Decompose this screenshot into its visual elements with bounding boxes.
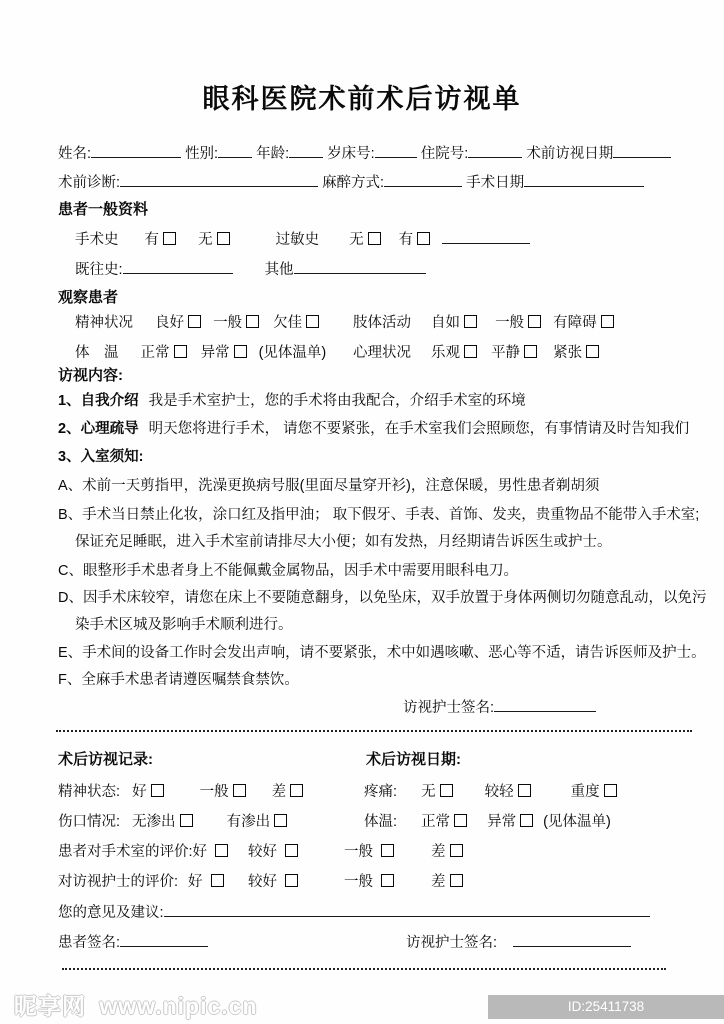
postop-row-suggestion: 您的意见及建议: (58, 903, 650, 923)
postop-record-heading: 术后访视记录: (58, 751, 153, 768)
mental-good-option: 良好 (155, 314, 201, 333)
postop-mental-good-checkbox[interactable] (151, 784, 164, 797)
or-eval-poor-option: 差 (431, 843, 463, 862)
note-f: F、全麻手术患者请遵医嘱禁食禁饮。 (58, 671, 299, 690)
option-label: 紧张 (553, 345, 582, 361)
item2-title: 2、心理疏导 (58, 421, 139, 437)
history-row: 手术史 有 无 过敏史 无 有 (58, 230, 530, 250)
or-eval-better-checkbox[interactable] (285, 844, 298, 857)
option-label: 较好 (248, 844, 277, 860)
pain-severe-option: 重度 (571, 783, 617, 802)
psych-calm-checkbox[interactable] (524, 345, 537, 358)
allergy-no-option: 无 (349, 231, 381, 250)
postop-nurse-signature-blank (513, 933, 631, 947)
observation-row1: 精神状况 良好 一般 欠佳 肢体活动 自如 一般 有障碍 (58, 314, 724, 333)
postop-row-mental: 精神状态: 好 一般 差 疼痛: 无 较轻 重度 (58, 783, 724, 802)
surgery-date-blank (524, 173, 644, 187)
section-general-info-heading: 患者一般资料 (58, 200, 148, 219)
option-label: 一般 (200, 784, 229, 800)
postop-record-heading-row: 术后访视记录: 术后访视日期: (58, 750, 724, 769)
limb-activity-label: 肢体活动 (353, 315, 411, 331)
postop-mental-poor-option: 差 (272, 783, 304, 802)
option-label: 平静 (491, 345, 520, 361)
nurse-eval-label: 对访视护士的评价: (58, 874, 178, 890)
suggestion-label: 您的意见及建议: (58, 905, 164, 921)
name-blank (91, 144, 181, 158)
allergy-yes-option: 有 (399, 231, 431, 250)
option-label: 无 (198, 232, 213, 248)
postop-row-signatures: 患者签名: 访视护士签名: (58, 933, 724, 953)
limb-fair-checkbox[interactable] (528, 315, 541, 328)
admission-blank (468, 144, 522, 158)
gender-blank (218, 144, 252, 158)
nurse-eval-fair-checkbox[interactable] (381, 874, 394, 887)
bed-blank (375, 144, 417, 158)
surgery-history-no-option: 无 (198, 231, 230, 250)
item2-text: 明天您将进行手术， 请您不要紧张，在手术室我们会照顾您，有事情请及时告知我们 (149, 421, 690, 437)
limb-impaired-checkbox[interactable] (601, 315, 614, 328)
psych-optimistic-checkbox[interactable] (464, 345, 477, 358)
limb-fair-option: 一般 (495, 314, 541, 333)
option-label: 自如 (431, 315, 460, 331)
option-label: 欠佳 (273, 315, 302, 331)
mental-state-label: 精神状况 (75, 315, 133, 331)
psych-nervous-option: 紧张 (553, 344, 599, 363)
note-e: E、手术间的设备工作时会发出声响，请不要紧张，术中如遇咳嗽、恶心等不适，请告诉医… (58, 644, 706, 663)
surgery-history-label: 手术史 (75, 232, 119, 248)
surgery-history-no-checkbox[interactable] (217, 232, 230, 245)
option-label: 较好 (248, 874, 277, 890)
past-history-label: 既往史: (75, 262, 123, 278)
nurse-eval-poor-checkbox[interactable] (450, 874, 463, 887)
mental-good-checkbox[interactable] (188, 315, 201, 328)
temp-note: (见体温单) (259, 345, 327, 361)
note-a: A、术前一天剪指甲，洗澡更换病号服(里面尽量穿开衫)，注意保暖，男性患者剃胡须 (58, 477, 599, 496)
visit-item-2: 2、心理疏导 明天您将进行手术， 请您不要紧张，在手术室我们会照顾您，有事情请及… (58, 420, 689, 439)
temperature-label: 体 温 (75, 345, 119, 361)
preop-diagnosis-blank (120, 173, 318, 187)
or-eval-poor-checkbox[interactable] (450, 844, 463, 857)
postop-temp-label: 体温: (364, 814, 397, 830)
patient-info-line2: 术前诊断: 麻醉方式: 手术日期 (58, 173, 644, 193)
watermark-site-logo: 昵享网 www.nipic.cn (14, 988, 258, 1021)
patient-info-line1: 姓名: 性别: 年龄: 岁床号: 住院号: 术前访视日期 (58, 144, 671, 164)
past-history-row: 既往史: 其他 (58, 260, 426, 280)
age-blank (289, 144, 323, 158)
other-blank (294, 260, 426, 274)
postop-mental-good-option: 好 (132, 783, 164, 802)
wound-exudate-checkbox[interactable] (274, 814, 287, 827)
limb-impaired-option: 有障碍 (553, 314, 614, 333)
section-visit-content-heading: 访视内容: (58, 366, 123, 385)
option-label: 一般 (344, 874, 373, 890)
surgery-history-yes-option: 有 (145, 231, 177, 250)
option-label: 有障碍 (553, 315, 597, 331)
option-label: 一般 (495, 315, 524, 331)
option-label: 有 (399, 232, 414, 248)
option-label: 较轻 (485, 784, 514, 800)
psych-calm-option: 平静 (491, 344, 537, 363)
preop-visit-date-label: 术前访视日期 (526, 146, 613, 162)
wound-no-exudate-checkbox[interactable] (180, 814, 193, 827)
preop-nurse-signature-label: 访视护士签名: (403, 700, 494, 716)
postop-temp-normal-option: 正常 (421, 813, 467, 832)
pain-label: 疼痛: (364, 784, 397, 800)
visit-item-3: 3、入室须知: (58, 448, 143, 467)
limb-free-checkbox[interactable] (464, 315, 477, 328)
temp-normal-option: 正常 (141, 344, 187, 363)
wound-no-exudate-option: 无渗出 (132, 813, 193, 832)
note-d-line2: 染手术区城及影响手术顺利进行。 (58, 616, 293, 635)
option-label: 乐观 (431, 345, 460, 361)
surgery-date-label: 手术日期 (466, 175, 524, 191)
preop-nurse-signature-line: 访视护士签名: (403, 698, 596, 718)
or-eval-fair-option: 一般 (344, 843, 394, 862)
anesthesia-blank (384, 173, 462, 187)
anesthesia-label: 麻醉方式: (322, 175, 384, 191)
option-label: 好 (132, 784, 147, 800)
option-label: 无渗出 (132, 814, 176, 830)
psych-nervous-checkbox[interactable] (586, 345, 599, 358)
note-b-line1: B、手术当日禁止化妆，涂口红及指甲油； 取下假牙、手表、首饰、发夹，贵重物品不能… (58, 506, 699, 525)
option-label: 无 (421, 784, 436, 800)
option-label: 差 (431, 874, 446, 890)
item1-title: 1、自我介绍 (58, 393, 139, 409)
option-label: 差 (431, 844, 446, 860)
or-eval-good-checkbox[interactable] (215, 844, 228, 857)
psych-state-label: 心理状况 (353, 345, 411, 361)
allergy-yes-checkbox[interactable] (417, 232, 430, 245)
option-label: 好 (193, 844, 208, 860)
postop-temp-abnormal-checkbox[interactable] (520, 814, 533, 827)
temp-abnormal-option: 异常 (201, 344, 247, 363)
note-d-line1: D、因手术床较窄，请您在床上不要随意翻身，以免坠床，双手放置于身体两侧切勿随意乱… (58, 589, 706, 608)
gender-label: 性别: (185, 146, 218, 162)
option-label: 异常 (201, 345, 230, 361)
past-history-blank (123, 260, 233, 274)
nurse-eval-good-option: 好 (188, 873, 224, 892)
allergy-detail-blank (442, 230, 530, 244)
postop-mental-label: 精神状态: (58, 784, 120, 800)
name-label: 姓名: (58, 146, 91, 162)
option-label: 重度 (571, 784, 600, 800)
suggestion-blank (164, 903, 650, 917)
surgery-history-yes-checkbox[interactable] (163, 232, 176, 245)
patient-signature-blank (120, 933, 208, 947)
item1-text: 我是手术室护士，您的手术将由我配合，介绍手术室的环境 (149, 393, 526, 409)
page-title: 眼科医院术前术后访视单 (0, 90, 724, 109)
or-eval-label: 患者对手术室的评价: (58, 844, 193, 860)
pain-mild-checkbox[interactable] (518, 784, 531, 797)
nurse-eval-better-option: 较好 (248, 873, 298, 892)
watermark-id-bar: ID:25411738 NO:20210714190030958106 (488, 995, 724, 1019)
pain-severe-checkbox[interactable] (604, 784, 617, 797)
postop-mental-poor-checkbox[interactable] (290, 784, 303, 797)
option-label: 好 (188, 874, 203, 890)
or-eval-better-option: 较好 (248, 843, 298, 862)
pain-none-option: 无 (421, 783, 453, 802)
observation-row2: 体 温 正常 异常 (见体温单) 心理状况 乐观 平静 紧张 (58, 344, 724, 363)
postop-row-wound: 伤口情况: 无渗出 有渗出 体温: 正常 异常 (见体温单) (58, 813, 724, 832)
psych-optimistic-option: 乐观 (431, 344, 477, 363)
age-label: 年龄: (256, 146, 289, 162)
option-label: 正常 (141, 345, 170, 361)
option-label: 差 (272, 784, 287, 800)
postop-mental-fair-option: 一般 (200, 783, 246, 802)
or-eval-fair-checkbox[interactable] (381, 844, 394, 857)
mental-poor-checkbox[interactable] (306, 315, 319, 328)
psych-state-group: 心理状况 乐观 平静 紧张 (353, 344, 599, 363)
note-c: C、眼整形手术患者身上不能佩戴金属物品，因手术中需要用眼科电刀。 (58, 562, 518, 581)
option-label: 正常 (421, 814, 450, 830)
postop-date-heading: 术后访视日期: (366, 750, 461, 769)
admission-no-label: 住院号: (421, 146, 469, 162)
pain-group: 疼痛: 无 较轻 重度 (364, 783, 617, 802)
temp-abnormal-checkbox[interactable] (234, 345, 247, 358)
limb-activity-group: 肢体活动 自如 一般 有障碍 (353, 314, 614, 333)
section-observation-heading: 观察患者 (58, 288, 118, 307)
postop-nurse-signature-group: 访视护士签名: (406, 933, 631, 953)
preop-diagnosis-label: 术前诊断: (58, 175, 120, 191)
allergy-no-checkbox[interactable] (368, 232, 381, 245)
postop-temp-abnormal-option: 异常 (487, 813, 533, 832)
pain-none-checkbox[interactable] (440, 784, 453, 797)
document-page: 眼科医院术前术后访视单 姓名: 性别: 年龄: 岁床号: 住院号: 术前访视日期… (0, 0, 724, 1024)
nurse-eval-poor-option: 差 (431, 873, 463, 892)
mental-fair-checkbox[interactable] (246, 315, 259, 328)
age-unit-bed-label: 岁床号: (327, 146, 375, 162)
patient-signature-label: 患者签名: (58, 935, 120, 951)
item3-title: 3、入室须知: (58, 449, 143, 465)
wound-exudate-option: 有渗出 (227, 813, 288, 832)
wound-label: 伤口情况: (58, 814, 120, 830)
option-label: 有渗出 (227, 814, 271, 830)
postop-mental-fair-checkbox[interactable] (233, 784, 246, 797)
postop-temp-normal-checkbox[interactable] (454, 814, 467, 827)
section-divider-dotted (56, 730, 692, 732)
option-label: 良好 (155, 315, 184, 331)
or-eval-good-option: 好 (193, 843, 229, 862)
note-b-line2: 保证充足睡眠，进入手术室前请排尽大小便；如有发热，月经期请告诉医生或护士。 (58, 533, 612, 552)
option-label: 异常 (487, 814, 516, 830)
mental-fair-option: 一般 (213, 314, 259, 333)
option-label: 一般 (344, 844, 373, 860)
postop-row-nurse-eval: 对访视护士的评价:好 较好 一般 差 (58, 873, 724, 892)
postop-row-or-eval: 患者对手术室的评价:好 较好 一般 差 (58, 843, 724, 862)
postop-nurse-signature-label: 访视护士签名: (406, 935, 497, 951)
mental-poor-option: 欠佳 (273, 314, 319, 333)
pain-mild-option: 较轻 (485, 783, 531, 802)
option-label: 有 (145, 232, 160, 248)
postop-temp-group: 体温: 正常 异常 (见体温单) (364, 813, 611, 832)
temp-normal-checkbox[interactable] (174, 345, 187, 358)
nurse-eval-better-checkbox[interactable] (285, 874, 298, 887)
watermark-site-url: www.nipic.cn (99, 993, 257, 1019)
preop-visit-date-blank (613, 144, 671, 158)
option-label: 无 (349, 232, 364, 248)
bottom-divider-dotted (62, 968, 666, 970)
visit-item-1: 1、自我介绍 我是手术室护士，您的手术将由我配合，介绍手术室的环境 (58, 392, 526, 411)
allergy-label: 过敏史 (276, 232, 320, 248)
preop-nurse-signature-blank (494, 698, 596, 712)
postop-temp-note: (见体温单) (543, 814, 611, 830)
nurse-eval-good-checkbox[interactable] (211, 874, 224, 887)
option-label: 一般 (213, 315, 242, 331)
other-label: 其他 (265, 262, 294, 278)
nurse-eval-fair-option: 一般 (344, 873, 394, 892)
limb-free-option: 自如 (431, 314, 477, 333)
watermark-site-name: 昵享网 (14, 993, 86, 1019)
